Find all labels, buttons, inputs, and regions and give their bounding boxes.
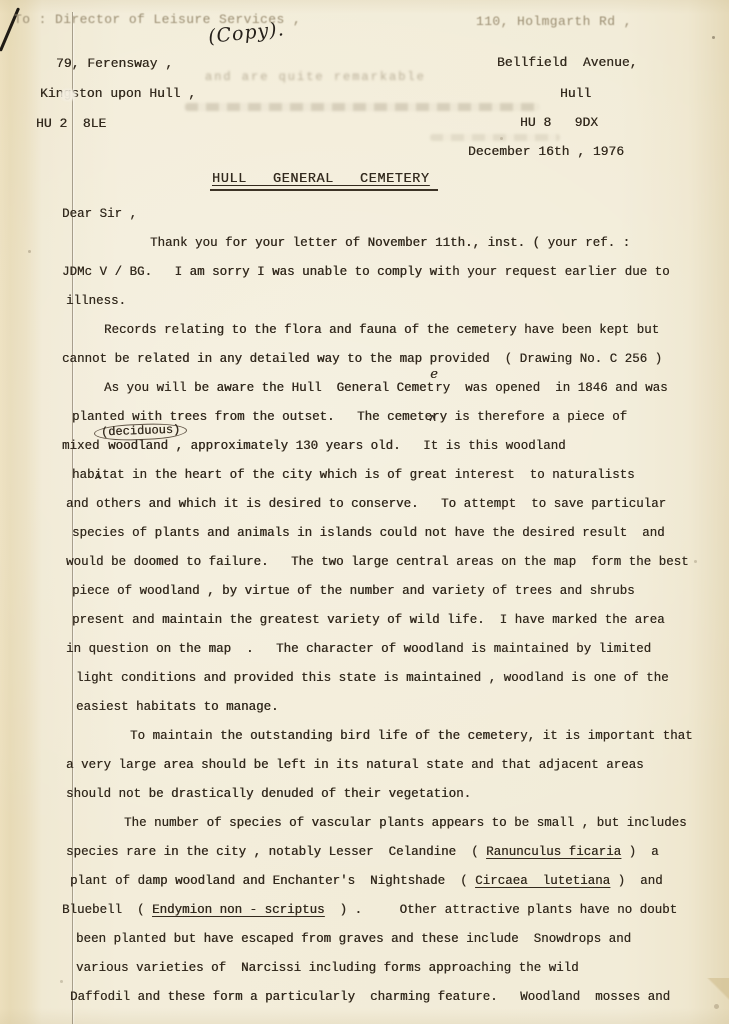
letter-line: a very large area should be left in its … [62,751,722,780]
letter-line: The number of species of vascular plants… [62,809,722,838]
letter-line: Daffodil and these form a particularly c… [62,983,722,1012]
sender-city: Hull [560,86,591,101]
sender-road-faded: 110, Holmgarth Rd , [476,14,632,29]
letter-line: would be doomed to failure. The two larg… [62,548,722,577]
letter-body: Dear Sir ,Thank you for your letter of N… [62,200,722,1012]
bleedthrough-smudge [185,103,540,111]
letter-line: and others and which it is desired to co… [62,490,722,519]
letter-line: should not be drastically denuded of the… [62,780,722,809]
letter-line: mixed(deciduous)ʌ woodland , approximate… [62,432,722,461]
letter-line: in question on the map . The character o… [62,635,722,664]
letter-line: Thank you for your letter of November 11… [62,229,722,258]
letter-line: present and maintain the greatest variet… [62,606,722,635]
letter-line: species of plants and animals in islands… [62,519,722,548]
letter-line: been planted but have escaped from grave… [62,925,722,954]
letter-line: species rare in the city , notably Lesse… [62,838,722,867]
letter-title: HULL GENERAL CEMETERY [210,172,438,191]
underlined-latin-name: Endymion non - scriptus [152,903,325,917]
letter-line: Dear Sir , [62,200,722,229]
underlined-latin-name: Circaea lutetiana [475,874,610,888]
erasure-smudge [60,89,76,101]
sender-street: Bellfield Avenue, [497,55,637,70]
letter-line: piece of woodland , by virtue of the num… [62,577,722,606]
letter-line: cannot be related in any detailed way to… [62,345,722,374]
letter-line: Bluebell ( Endymion non - scriptus ) . O… [62,896,722,925]
letter-line: various varieties of Narcissi including … [62,954,722,983]
letter-line: Records relating to the flora and fauna … [62,316,722,345]
letter-line: As you will be aware the Hull General Ce… [62,374,722,403]
letter-line: JDMc V / BG. I am sorry I was unable to … [62,258,722,287]
bleedthrough-text: and are quite remarkable [205,70,426,84]
letter-line: illness. [62,287,722,316]
sender-postcode: HU 8 9DX [520,115,598,130]
recipient-postcode: HU 2 8LE [36,116,106,131]
paper-specks [712,36,715,39]
letter-line: plant of damp woodland and Enchanter's N… [62,867,722,896]
letter-line: To maintain the outstanding bird life of… [62,722,722,751]
recipient-street: 79, Ferensway , [56,56,173,71]
underlined-latin-name: Ranunculus ficaria [486,845,621,859]
letter-date: December 16th , 1976 [468,144,624,159]
letter-line: light conditions and provided this state… [62,664,722,693]
corner-wear [699,978,729,1024]
letter-page: To : Director of Leisure Services , 110,… [0,0,729,1024]
bleedthrough-smudge [430,134,560,141]
letter-line: easiest habitats to manage. [62,693,722,722]
letter-line: habitat in the heart of the city which i… [62,461,722,490]
